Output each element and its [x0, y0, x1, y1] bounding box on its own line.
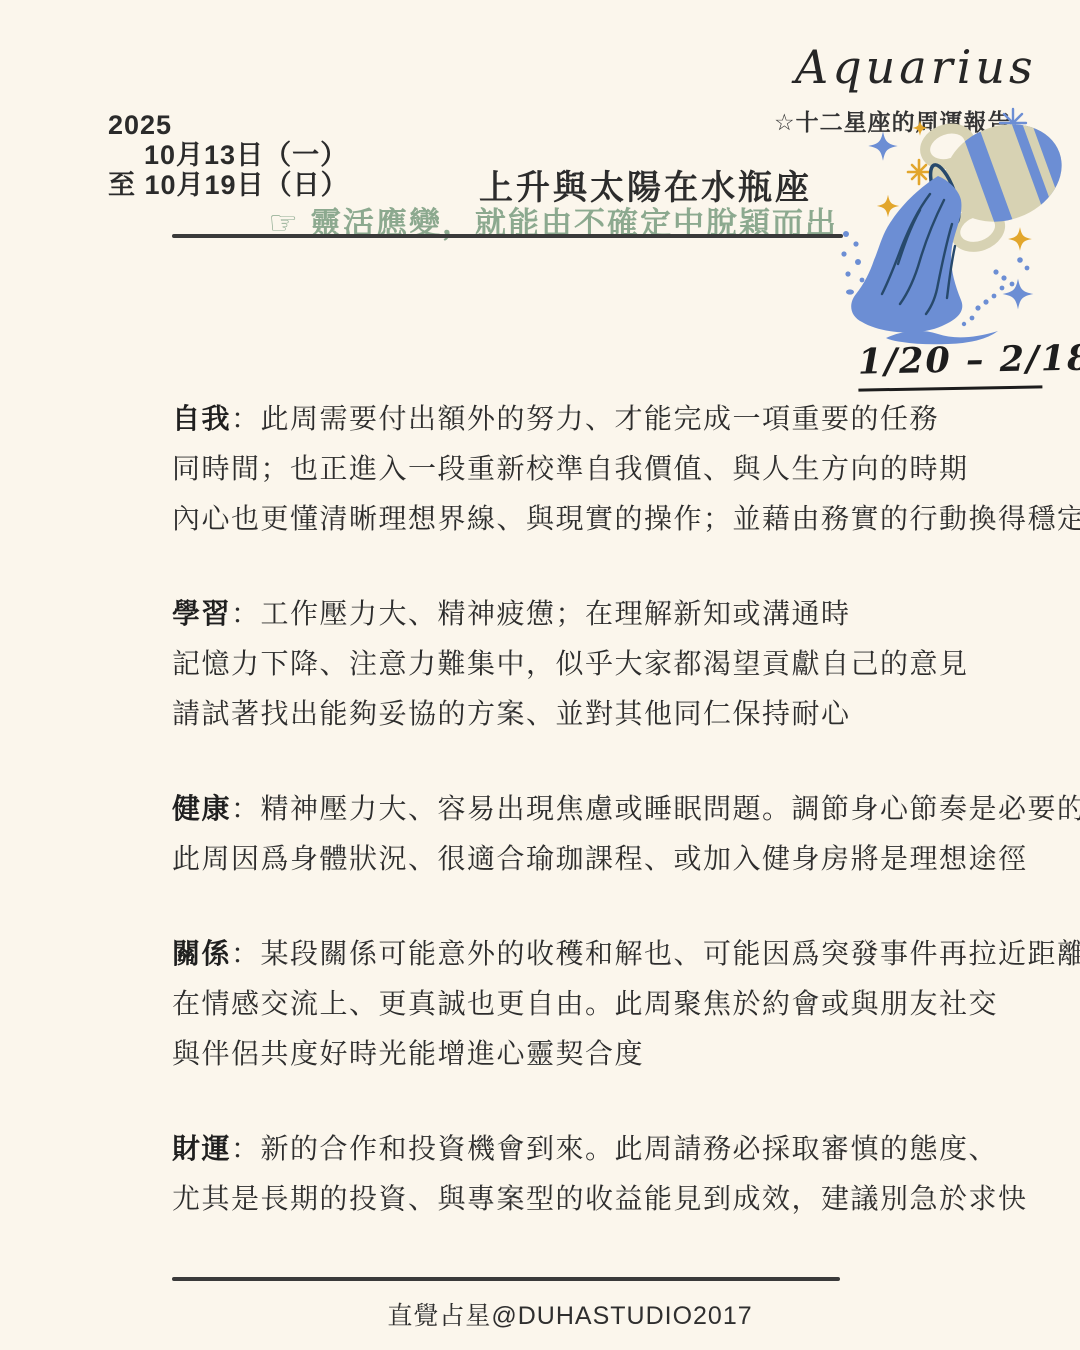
aquarius-illustration [830, 88, 1080, 350]
section-line: 與伴侶共度好時光能增進心靈契合度 [172, 1029, 1064, 1079]
section-label: 學習 [172, 598, 231, 629]
sparkle-icon [1003, 279, 1034, 310]
section-wealth: 財運：新的合作和投資機會到來。此周請務必採取審慎的態度、 尤其是長期的投資、與專… [172, 1124, 1064, 1224]
year-text: 2025 [108, 110, 349, 140]
footer-divider [172, 1277, 840, 1281]
section-health: 健康：精神壓力大、容易出現焦慮或睡眠問題。調節身心節奏是必要的 此周因爲身體狀況… [172, 784, 1064, 884]
section-line: 在情感交流上、更真誠也更自由。此周聚焦於約會或與朋友社交 [172, 979, 1064, 1029]
section-line: 同時間；也正進入一段重新校準自我價值、與人生方向的時期 [172, 444, 1064, 494]
sparkle-icon [877, 195, 899, 217]
section-relationship: 關係：某段關係可能意外的收穫和解也、可能因爲突發事件再拉近距離 在情感交流上、更… [172, 929, 1064, 1079]
sparkle-icon [1008, 227, 1032, 251]
section-study: 學習：工作壓力大、精神疲憊；在理解新知或溝通時 記憶力下降、注意力難集中，似乎大… [172, 589, 1064, 739]
section-line: 新的合作和投資機會到來。此周請務必採取審慎的態度、 [261, 1133, 999, 1164]
section-heading: 健康：精神壓力大、容易出現焦慮或睡眠問題。調節身心節奏是必要的 [172, 784, 1064, 834]
section-heading: 關係：某段關係可能意外的收穫和解也、可能因爲突發事件再拉近距離 [172, 929, 1064, 979]
section-heading: 學習：工作壓力大、精神疲憊；在理解新知或溝通時 [172, 589, 1064, 639]
section-line: 尤其是長期的投資、與專案型的收益能見到成效，建議別急於求快 [172, 1174, 1064, 1224]
section-line: 請試著找出能夠妥協的方案、並對其他同仁保持耐心 [172, 689, 1064, 739]
horoscope-poster: 2025 10月13日（一） 至 10月19日（日） Aquarius ☆十二星… [0, 0, 1080, 1350]
sparkle-icon [912, 120, 927, 135]
section-heading: 財運：新的合作和投資機會到來。此周請務必採取審慎的態度、 [172, 1124, 1064, 1174]
sparkle-icon [868, 131, 897, 160]
section-label: 自我 [172, 403, 231, 434]
section-line: 此周需要付出額外的努力、才能完成一項重要的任務 [261, 403, 940, 434]
section-label: 財運 [172, 1133, 231, 1164]
section-line: 工作壓力大、精神疲憊；在理解新知或溝通時 [261, 598, 851, 629]
section-self: 自我：此周需要付出額外的努力、才能完成一項重要的任務 同時間；也正進入一段重新校… [172, 394, 1064, 544]
section-heading: 自我：此周需要付出額外的努力、才能完成一項重要的任務 [172, 394, 1064, 444]
water-stream [851, 176, 962, 332]
report-content: 自我：此周需要付出額外的努力、才能完成一項重要的任務 同時間；也正進入一段重新校… [172, 394, 1064, 1269]
section-label: 健康 [172, 793, 231, 824]
section-line: 此周因爲身體狀況、很適合瑜珈課程、或加入健身房將是理想途徑 [172, 834, 1064, 884]
section-line: 某段關係可能意外的收穫和解也、可能因爲突發事件再拉近距離 [261, 938, 1080, 969]
zodiac-date-range: 1/20 – 2/18 [858, 338, 1043, 391]
section-line: 精神壓力大、容易出現焦慮或睡眠問題。調節身心節奏是必要的 [261, 793, 1080, 824]
footer-credit: 直覺占星@DUHASTUDIO2017 [175, 1296, 965, 1332]
header-divider [172, 234, 843, 238]
sign-script-title: Aquarius [795, 40, 1065, 94]
section-line: 記憶力下降、注意力難集中，似乎大家都渴望貢獻自己的意見 [172, 639, 1064, 689]
section-line: 內心也更懂清晰理想界線、與現實的操作；並藉由務實的行動換得穩定成果 [172, 494, 1064, 544]
section-label: 關係 [172, 938, 231, 969]
